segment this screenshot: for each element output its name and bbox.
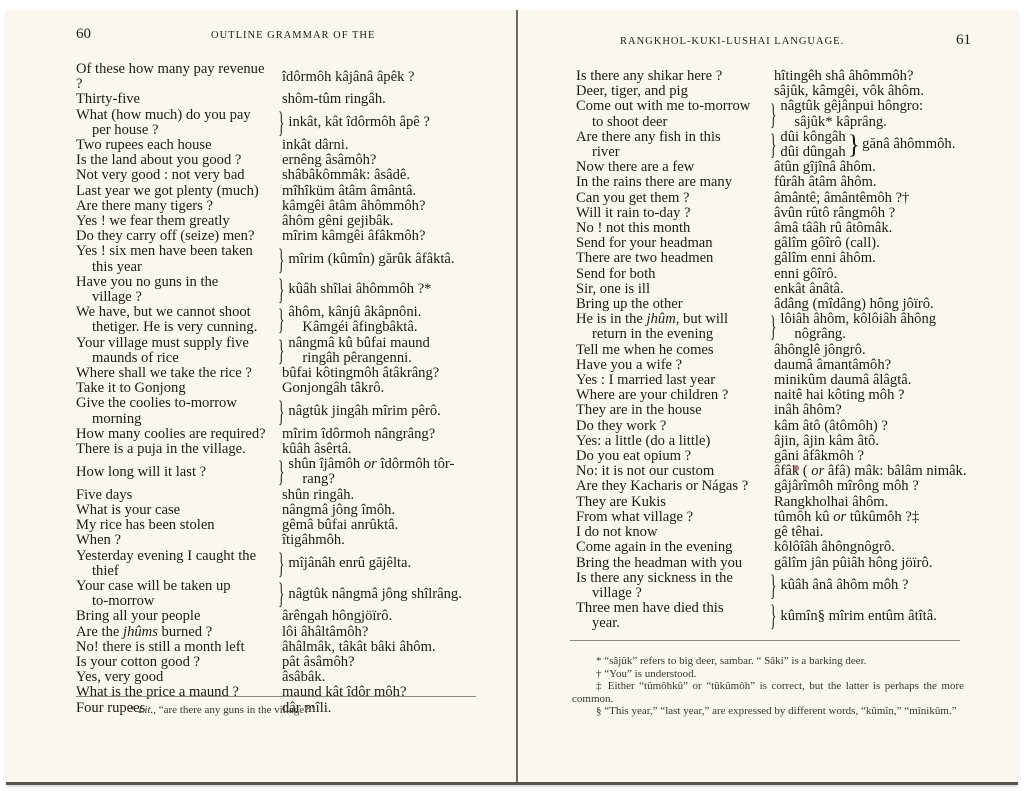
- kuki-translation: minikûm daumâ âlâgtâ.: [766, 373, 981, 388]
- english-text: Yesterday evening I caught the: [76, 548, 256, 564]
- english-text: How many coolies are required?: [76, 426, 266, 442]
- kuki-translation: nângmâ jông îmôh.: [274, 503, 486, 518]
- running-head: RANGKHOL-KUKI-LUSHAI LANGUAGE.: [620, 36, 844, 47]
- phrase-row: Your village must supply fivemaunds of r…: [76, 336, 486, 366]
- kuki-text: kâmgêi âtâm âhômmôh?: [282, 198, 425, 214]
- english-text: Yes ! six men have been taken: [76, 243, 253, 259]
- phrase-row: Is the land about you good ?ernêng âsâmô…: [76, 153, 486, 168]
- english-text: Bring the headman with you: [576, 555, 742, 571]
- kuki-text: ernêng âsâmôh?: [282, 152, 376, 168]
- english-phrase: Yesterday evening I caught thethief: [76, 549, 274, 579]
- kuki-text: gâlîm enni âhôm.: [774, 250, 876, 266]
- kuki-text: tûkûmôh ?‡: [850, 509, 919, 525]
- kuki-text: nângmâ jông îmôh.: [282, 502, 395, 518]
- footnote-text: Either “tûmôhkû” or “tûkûmôh” is correct…: [572, 680, 964, 705]
- brace-glyph: }: [770, 572, 776, 600]
- phrase-row: Yes : I married last yearminikûm daumâ â…: [576, 373, 981, 388]
- english-text: Will it rain to-day ?: [576, 205, 691, 221]
- english-phrase: Do they carry off (seize) men?: [76, 229, 274, 244]
- phrase-row: There are two headmengâlîm enni âhôm.: [576, 251, 981, 266]
- kuki-text: tûmôh kû: [774, 509, 830, 525]
- english-text: Send for your headman: [576, 235, 713, 251]
- phrase-row: Is there any shikar here ?hîtingêh shâ â…: [576, 69, 981, 84]
- phrase-row: What is the price a maund ?maund kât îdô…: [76, 685, 486, 700]
- kuki-text: âdâng (mîdâng) hông jôïrô.: [774, 296, 934, 312]
- kuki-text: daumâ âmantâmôh?: [774, 357, 891, 373]
- phrase-row: Give the coolies to-morrowmorning}nâgtûk…: [76, 396, 486, 426]
- phrase-row: What (how much) do you payper house ?}in…: [76, 108, 486, 138]
- kuki-translation: âjin, âjin kâm âtô.: [766, 434, 981, 449]
- english-phrase: Last year we got plenty (much): [76, 184, 274, 199]
- english-text: Take it to Gonjong: [76, 380, 186, 396]
- kuki-text: gâlîm jân pûiâh hông jöïrô.: [774, 555, 932, 571]
- kuki-text: sâjûk, kâmgêi, vôk âhôm.: [774, 83, 924, 99]
- kuki-translation: shûn ringâh.: [274, 488, 486, 503]
- english-continuation: maunds of rice: [76, 351, 274, 366]
- kuki-translation: nângmâ kû bûfai maundringâh pêrangenni.: [288, 336, 486, 366]
- phrase-row: No! there is still a month leftâhâlmâk, …: [76, 640, 486, 655]
- kuki-translation: ârêngah hôngjöïrô.: [274, 609, 486, 624]
- english-text: Yes, very good: [76, 669, 163, 685]
- kuki-text: gâni âfâkmôh ?: [774, 448, 864, 464]
- kuki-variant: dûi kôngâh: [780, 130, 845, 145]
- english-text: There are two headmen: [576, 250, 713, 266]
- kuki-translation: âhâlmâk, tâkât bâki âhôm.: [274, 640, 486, 655]
- english-text: My rice has been stolen: [76, 517, 215, 533]
- kuki-translation: daumâ âmantâmôh?: [766, 358, 981, 373]
- kuki-translation: bûfai kôtingmôh âtâkrâng?: [274, 366, 486, 381]
- english-text: What (how much) do you pay: [76, 107, 251, 123]
- kuki-text: âfâk (: [774, 463, 808, 479]
- phrase-row: Are there many tigers ?kâmgêi âtâm âhômm…: [76, 199, 486, 214]
- phrase-row: Two rupees each houseinkât dârni.: [76, 138, 486, 153]
- english-continuation: village ?: [576, 586, 766, 601]
- phrase-row: Send for your headmangâlîm gôîrô (call).: [576, 236, 981, 251]
- english-text: Where are your children ?: [576, 387, 728, 403]
- phrase-row: We have, but we cannot shootthetiger. He…: [76, 305, 486, 335]
- phrase-row: How long will it last ?}shûn îjâmôh or î…: [76, 457, 486, 487]
- kuki-translation: gâlîm enni âhôm.: [766, 251, 981, 266]
- kuki-text: hîtingêh shâ âhômmôh?: [774, 68, 913, 84]
- english-phrase: Can you get them ?: [576, 191, 766, 206]
- phrase-list: Is there any shikar here ?hîtingêh shâ â…: [576, 69, 981, 632]
- english-text: Yes: a little (do a little): [576, 433, 710, 449]
- footnote: * Lit., “are there any guns in the villa…: [106, 704, 486, 717]
- english-phrase: Is the land about you good ?: [76, 153, 274, 168]
- phrase-row: They are KukisRangkholhai âhôm.: [576, 495, 981, 510]
- kuki-text: kâm âtô (âtômôh) ?: [774, 418, 888, 434]
- kuki-text: kûmîn§ mîrim entûm âtîtâ.: [780, 608, 936, 624]
- page-number: 61: [956, 32, 971, 49]
- kuki-text: Gonjongâh tâkrô.: [282, 380, 384, 396]
- english-text: What is the price a maund ?: [76, 684, 239, 700]
- kuki-translation: nâgtûk jingâh mîrim pêrô.: [288, 404, 486, 419]
- kuki-translation: enni gôîrô.: [766, 267, 981, 282]
- english-phrase: Yes ! six men have been takenthis year: [76, 244, 274, 274]
- english-phrase: How many coolies are required?: [76, 427, 274, 442]
- kuki-or: or: [811, 463, 824, 479]
- english-continuation: year.: [576, 616, 766, 631]
- kuki-text: bûfai kôtingmôh âtâkrâng?: [282, 365, 439, 381]
- footnote-text: “sâjûk” refers to big deer, sambar. “ Sâ…: [604, 655, 866, 667]
- english-phrase: Bring all your people: [76, 609, 274, 624]
- english-text: There is a puja in the village.: [76, 441, 246, 457]
- english-phrase: Your village must supply fivemaunds of r…: [76, 336, 274, 366]
- footnote-mark: §: [596, 705, 602, 717]
- kuki-variant: dûi dûngah: [780, 145, 845, 160]
- phrase-row: I do not knowgê têhai.: [576, 525, 981, 540]
- kuki-text: mîhîküm âtâm âmântâ.: [282, 183, 416, 199]
- phrase-row: Five daysshûn ringâh.: [76, 488, 486, 503]
- kuki-text: gê têhai.: [774, 524, 823, 540]
- english-text: Bring up the other: [576, 296, 683, 312]
- kuki-translation: inâh âhôm?: [766, 403, 981, 418]
- kuki-text: enni gôîrô.: [774, 266, 837, 282]
- kuki-translation: shôm-tûm ringâh.: [274, 92, 486, 107]
- kuki-text: âhôm gêni gejibâk.: [282, 213, 393, 229]
- kuki-text: kûâh âsêrtâ.: [282, 441, 352, 457]
- english-text: Are the: [76, 624, 119, 640]
- english-phrase: Where shall we take the rice ?: [76, 366, 274, 381]
- kuki-text: lôi âhâltâmôh?: [282, 624, 368, 640]
- phrase-row: Of these how many pay revenue ?îdôrmôh k…: [76, 62, 486, 92]
- english-phrase: Bring the headman with you: [576, 556, 766, 571]
- footnotes: * “sâjûk” refers to big deer, sambar. “ …: [572, 655, 964, 718]
- kuki-translation: mîjânâh enrû găjêlta.: [288, 556, 486, 571]
- kuki-text: nâgtûk jingâh mîrim pêrô.: [288, 403, 440, 419]
- phrase-list: Of these how many pay revenue ?îdôrmôh k…: [76, 62, 486, 716]
- english-phrase: Are there any fish in thisriver: [576, 130, 766, 160]
- phrase-row: Will it rain to-day ?âvûn rûtô rângmôh ?: [576, 206, 981, 221]
- phrase-row: Not very good : not very badshâbâkômmâk:…: [76, 168, 486, 183]
- brace-glyph: }: [770, 131, 776, 159]
- kuki-text: enkât ânâtâ.: [774, 281, 844, 297]
- kuki-text: shûn ringâh.: [282, 487, 354, 503]
- english-text: From what village ?: [576, 509, 693, 525]
- english-phrase: Yes: a little (do a little): [576, 434, 766, 449]
- kuki-text: nâgtûk nângmâ jông shîlrâng.: [288, 586, 461, 602]
- kuki-continuation: Kâmgéi âfingbâktâ.: [288, 320, 486, 335]
- kuki-or: or: [364, 456, 377, 472]
- kuki-text: naitê hai kôting môh ?: [774, 387, 905, 403]
- english-text: When ?: [76, 532, 121, 548]
- kuki-translation: lôi âhâltâmôh?: [274, 625, 486, 640]
- footnote-text: “are there any guns in the village?”: [159, 704, 314, 716]
- kuki-text: nângmâ kû bûfai maund: [288, 335, 429, 351]
- english-phrase: Have you a wife ?: [576, 358, 766, 373]
- footnote-mark: *: [130, 704, 136, 716]
- english-phrase: We have, but we cannot shootthetiger. He…: [76, 305, 274, 335]
- kuki-translation: kûâh âsêrtâ.: [274, 442, 486, 457]
- english-phrase: Is there any shikar here ?: [576, 69, 766, 84]
- english-phrase: Bring up the other: [576, 297, 766, 312]
- kuki-text: nâgtûk gêjânpui hôngro:: [780, 98, 923, 114]
- left-page: 60 OUTLINE GRAMMAR OF THE Of these how m…: [6, 10, 514, 770]
- brace-glyph: }: [278, 550, 284, 578]
- footnote-rule: [570, 640, 960, 641]
- footnote-mark: †: [596, 668, 602, 680]
- english-phrase: Not very good : not very bad: [76, 168, 274, 183]
- footnote: § “This year,” “last year,” are expresse…: [572, 705, 964, 718]
- kuki-text: kûâh ânâ âhôm môh ?: [780, 577, 908, 593]
- kuki-text: îtigâhmôh.: [282, 532, 345, 548]
- kuki-text: mîjânâh enrû găjêlta.: [288, 555, 411, 571]
- english-text: Send for both: [576, 266, 655, 282]
- english-phrase: Sir, one is ill: [576, 282, 766, 297]
- phrase-row: Are the jhûms burned ?lôi âhâltâmôh?: [76, 625, 486, 640]
- english-phrase: No: it is not our custom: [576, 464, 766, 479]
- english-text: Yes : I married last year: [576, 372, 715, 388]
- brace-glyph: }: [770, 101, 776, 129]
- english-continuation: thetiger. He is very cunning.: [76, 320, 274, 335]
- phrase-row: Are there any fish in thisriver}dûi kông…: [576, 130, 981, 160]
- phrase-row: How many coolies are required?mîrim îdôr…: [76, 427, 486, 442]
- kuki-text: âmântê; âmântêmôh ?†: [774, 190, 909, 206]
- kuki-translation: pât âsâmôh?: [274, 655, 486, 670]
- kuki-text: fûrâh âtâm âhôm.: [774, 174, 877, 190]
- kuki-translation: âhônglê jôngrô.: [766, 343, 981, 358]
- kuki-continuation: sâjûk* kâprâng.: [780, 115, 981, 130]
- kuki-translation: naitê hai kôting môh ?: [766, 388, 981, 403]
- english-text: Thirty-five: [76, 91, 140, 107]
- english-phrase: Give the coolies to-morrowmorning: [76, 396, 274, 426]
- kuki-translation: âvûn rûtô rângmôh ?: [766, 206, 981, 221]
- kuki-text: kûâh shîlai âhômmôh ?*: [288, 281, 431, 297]
- english-phrase: No ! not this month: [576, 221, 766, 236]
- phrase-row: Come out with me to-morrowto shoot deer}…: [576, 99, 981, 129]
- english-text: Have you a wife ?: [576, 357, 682, 373]
- kuki-text: inkât dârni.: [282, 137, 348, 153]
- english-phrase: Is your cotton good ?: [76, 655, 274, 670]
- phrase-row: He is in the jhûm, but willreturn in the…: [576, 312, 981, 342]
- kuki-translation: kâm âtô (âtômôh) ?: [766, 419, 981, 434]
- phrase-row: Do you eat opium ?gâni âfâkmôh ?: [576, 449, 981, 464]
- kuki-translation: âtûn gîjînâ âhôm.: [766, 160, 981, 175]
- kuki-text: âjin, âjin kâm âtô.: [774, 433, 879, 449]
- phrase-row: No: it is not our customâfâk ( or âfâ) m…: [576, 464, 981, 479]
- kuki-text: shâbâkômmâk: âsâdê.: [282, 167, 410, 183]
- kuki-translation: shâbâkômmâk: âsâdê.: [274, 168, 486, 183]
- right-page: RANGKHOL-KUKI-LUSHAI LANGUAGE. 61 Is the…: [520, 10, 1018, 770]
- kuki-translation: enkât ânâtâ.: [766, 282, 981, 297]
- english-text: Not very good : not very bad: [76, 167, 245, 183]
- english-phrase: No! there is still a month left: [76, 640, 274, 655]
- english-phrase: Deer, tiger, and pig: [576, 84, 766, 99]
- english-phrase: Tell me when he comes: [576, 343, 766, 358]
- english-text: They are in the house: [576, 402, 702, 418]
- english-text: Five days: [76, 487, 132, 503]
- kuki-text: gâjârîmôh mîrông môh ?: [774, 478, 919, 494]
- english-phrase: Thirty-five: [76, 92, 274, 107]
- phrase-row: Yes ! we fear them greatlyâhôm gêni geji…: [76, 214, 486, 229]
- kuki-translation: kûâh shîlai âhômmôh ?*: [288, 282, 486, 297]
- english-text: Your case will be taken up: [76, 578, 231, 594]
- kuki-translation: âmâ tââh rû âtômâk.: [766, 221, 981, 236]
- english-text: Come out with me to-morrow: [576, 98, 750, 114]
- brace-glyph: }: [848, 137, 860, 152]
- kuki-or: or: [833, 509, 846, 525]
- kuki-translation: kâmgêi âtâm âhômmôh?: [274, 199, 486, 214]
- english-phrase: How long will it last ?: [76, 465, 274, 480]
- kuki-text: îdôrmôh tôr-: [380, 456, 454, 472]
- kuki-text: pât âsâmôh?: [282, 654, 355, 670]
- kuki-translation: gêmâ bûfai anrûktâ.: [274, 518, 486, 533]
- kuki-translation: âmântê; âmântêmôh ?†: [766, 191, 981, 206]
- english-phrase: Do you eat opium ?: [576, 449, 766, 464]
- kuki-translation: mîrim (kûmîn) gărûk âfâktâ.: [288, 252, 486, 267]
- kuki-translation: mîrim kâmgêi âfâkmôh?: [274, 229, 486, 244]
- kuki-translation: inkât dârni.: [274, 138, 486, 153]
- phrase-row: Bring all your peopleârêngah hôngjöïrô.: [76, 609, 486, 624]
- brace-glyph: }: [278, 276, 284, 304]
- brace-glyph: }: [278, 458, 284, 486]
- english-continuation: to-morrow: [76, 594, 274, 609]
- english-phrase: Yes ! we fear them greatly: [76, 214, 274, 229]
- kuki-translation: kûâh ânâ âhôm môh ?: [780, 578, 981, 593]
- kuki-text: mîrim îdôrmoh nângrâng?: [282, 426, 435, 442]
- english-phrase: In the rains there are many: [576, 175, 766, 190]
- kuki-text: ârêngah hôngjöïrô.: [282, 608, 392, 624]
- kuki-text: âhônglê jôngrô.: [774, 342, 866, 358]
- kuki-text: shôm-tûm ringâh.: [282, 91, 386, 107]
- phrase-row: Is there any sickness in thevillage ?}kû…: [576, 571, 981, 601]
- english-text: We have, but we cannot shoot: [76, 304, 251, 320]
- english-text: Bring all your people: [76, 608, 200, 624]
- kuki-text: gănâ âhômmôh.: [862, 137, 955, 152]
- footnotes: * Lit., “are there any guns in the villa…: [106, 704, 486, 717]
- kuki-translation: maund kât îdôr môh?: [274, 685, 486, 700]
- english-continuation: river: [576, 145, 766, 160]
- english-phrase: When ?: [76, 533, 274, 548]
- footnote-mark: ‡: [596, 680, 603, 692]
- english-text: Sir, one is ill: [576, 281, 650, 297]
- phrase-row: Can you get them ?âmântê; âmântêmôh ?†: [576, 191, 981, 206]
- english-phrase: Are there many tigers ?: [76, 199, 274, 214]
- english-text: He is in the: [576, 311, 643, 327]
- running-head: OUTLINE GRAMMAR OF THE: [211, 30, 375, 41]
- phrase-row: Send for bothenni gôîrô.: [576, 267, 981, 282]
- kuki-translation: gâni âfâkmôh ?: [766, 449, 981, 464]
- english-phrase: Send for both: [576, 267, 766, 282]
- english-continuation: thief: [76, 564, 274, 579]
- english-phrase: What is the price a maund ?: [76, 685, 274, 700]
- english-continuation: village ?: [76, 290, 274, 305]
- english-phrase: They are Kukis: [576, 495, 766, 510]
- kuki-translation: shûn îjâmôh or îdôrmôh tôr-rang?: [288, 457, 486, 487]
- english-phrase: Come again in the evening: [576, 540, 766, 555]
- english-phrase: Is there any sickness in thevillage ?: [576, 571, 766, 601]
- kuki-translation: kôlôîâh âhôngnôgrô.: [766, 540, 981, 555]
- english-phrase: Yes : I married last year: [576, 373, 766, 388]
- english-continuation: to shoot deer: [576, 115, 766, 130]
- phrase-row: In the rains there are manyfûrâh âtâm âh…: [576, 175, 981, 190]
- brace-glyph: }: [278, 109, 284, 137]
- phrase-row: No ! not this monthâmâ tââh rû âtômâk.: [576, 221, 981, 236]
- english-phrase: Have you no guns in thevillage ?: [76, 275, 274, 305]
- english-phrase: He is in the jhûm, but willreturn in the…: [576, 312, 766, 342]
- kuki-translation: nâgtûk nângmâ jông shîlrâng.: [288, 587, 486, 602]
- phrase-row: Deer, tiger, and pigsâjûk, kâmgêi, vôk â…: [576, 84, 981, 99]
- english-italic: jhûm,: [647, 311, 680, 327]
- english-text: Is the land about you good ?: [76, 152, 241, 168]
- phrase-row: My rice has been stolengêmâ bûfai anrûkt…: [76, 518, 486, 533]
- english-phrase: Two rupees each house: [76, 138, 274, 153]
- english-phrase: Are they Kacharis or Nágas ?: [576, 479, 766, 494]
- kuki-translation: gâlîm gôîrô (call).: [766, 236, 981, 251]
- kuki-translation: îdôrmôh kâjânâ âpêk ?: [274, 70, 486, 85]
- english-phrase: Now there are a few: [576, 160, 766, 175]
- english-text: Are they Kacharis or Nágas ?: [576, 478, 748, 494]
- book-gutter: [516, 10, 518, 782]
- english-text: Is your cotton good ?: [76, 654, 200, 670]
- kuki-text: kôlôîâh âhôngnôgrô.: [774, 539, 895, 555]
- english-text: Do they carry off (seize) men?: [76, 228, 254, 244]
- english-italic: jhûms: [123, 624, 158, 640]
- kuki-text: maund kât îdôr môh?: [282, 684, 406, 700]
- ink-smudge: [794, 465, 799, 471]
- kuki-continuation: nôgrâng.: [780, 327, 981, 342]
- kuki-continuation: rang?: [288, 472, 486, 487]
- english-phrase: Five days: [76, 488, 274, 503]
- kuki-translation: lôiâh âhôm, kôlôiâh âhôngnôgrâng.: [780, 312, 981, 342]
- english-text: Deer, tiger, and pig: [576, 83, 688, 99]
- brace-glyph: }: [278, 306, 284, 334]
- kuki-text: minikûm daumâ âlâgtâ.: [774, 372, 911, 388]
- phrase-row: Where shall we take the rice ?bûfai kôti…: [76, 366, 486, 381]
- english-phrase: What (how much) do you payper house ?: [76, 108, 274, 138]
- english-continuation: per house ?: [76, 123, 274, 138]
- kuki-text: âhôm, kânjû âkâpnôni.: [288, 304, 421, 320]
- phrase-row: They are in the houseinâh âhôm?: [576, 403, 981, 418]
- footnote-text: “This year,” “last year,” are expressed …: [604, 705, 956, 717]
- phrase-row: What is your casenângmâ jông îmôh.: [76, 503, 486, 518]
- kuki-text: âfâ) mâk: bâlâm nimâk.: [828, 463, 967, 479]
- english-phrase: Three men have died thisyear.: [576, 601, 766, 631]
- english-phrase: Where are your children ?: [576, 388, 766, 403]
- kuki-translation: mîrim îdôrmoh nângrâng?: [274, 427, 486, 442]
- english-text: Are there many tigers ?: [76, 198, 213, 214]
- english-text: Do you eat opium ?: [576, 448, 691, 464]
- english-text: Are there any fish in this: [576, 129, 721, 145]
- brace-glyph: }: [278, 398, 284, 426]
- english-text: Of these how many pay revenue ?: [76, 61, 264, 92]
- kuki-translation: nâgtûk gêjânpui hôngro:sâjûk* kâprâng.: [780, 99, 981, 129]
- phrase-row: Yes, very goodâsâbâk.: [76, 670, 486, 685]
- english-phrase: Come out with me to-morrowto shoot deer: [576, 99, 766, 129]
- phrase-row: Are they Kacharis or Nágas ?gâjârîmôh mî…: [576, 479, 981, 494]
- kuki-text: mîrim (kûmîn) gărûk âfâktâ.: [288, 251, 454, 267]
- english-continuation: this year: [76, 260, 274, 275]
- kuki-translation: gâlîm jân pûiâh hông jöïrô.: [766, 556, 981, 571]
- english-text: What is your case: [76, 502, 180, 518]
- english-text: Is there any shikar here ?: [576, 68, 722, 84]
- phrase-row: Have you a wife ?daumâ âmantâmôh?: [576, 358, 981, 373]
- english-phrase: Will it rain to-day ?: [576, 206, 766, 221]
- kuki-text: gêmâ bûfai anrûktâ.: [282, 517, 398, 533]
- english-phrase: I do not know: [576, 525, 766, 540]
- kuki-translation: sâjûk, kâmgêi, vôk âhôm.: [766, 84, 981, 99]
- kuki-text: âsâbâk.: [282, 669, 325, 685]
- english-phrase: Do they work ?: [576, 419, 766, 434]
- english-text: burned ?: [162, 624, 213, 640]
- english-text: No ! not this month: [576, 220, 690, 236]
- kuki-text: inkât, kât îdôrmôh âpê ?: [288, 114, 429, 130]
- kuki-translation: âhôm gêni gejibâk.: [274, 214, 486, 229]
- phrase-row: Your case will be taken upto-morrow}nâgt…: [76, 579, 486, 609]
- english-text: I do not know: [576, 524, 657, 540]
- english-phrase: Of these how many pay revenue ?: [76, 62, 274, 92]
- kuki-translation: fûrâh âtâm âhôm.: [766, 175, 981, 190]
